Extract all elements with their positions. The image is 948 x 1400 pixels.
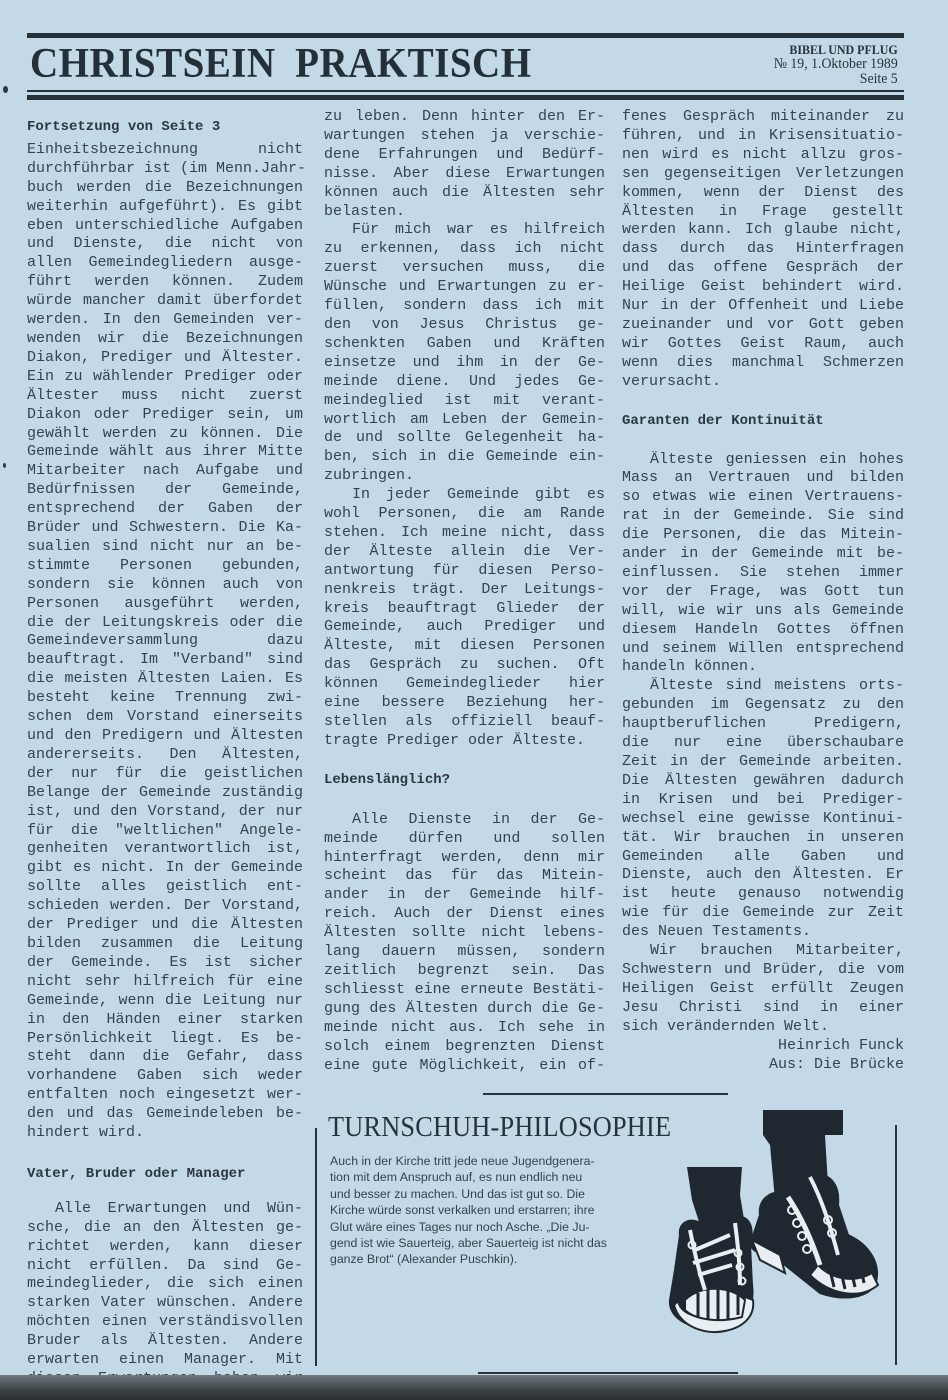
text-line: kreis beauftragt Glieder der bbox=[324, 600, 605, 619]
text-line: die Personen, die das Mitein- bbox=[622, 526, 904, 545]
text-line: rat in der Gemeinde. Sie sind bbox=[622, 507, 904, 526]
text-line: ganze Brot“ (Alexander Puschkin). bbox=[330, 1251, 675, 1267]
text-line: würde mancher damit überfordet bbox=[27, 292, 303, 311]
paragraph-last-line: belasten. bbox=[324, 203, 605, 222]
text-line: der nur für die geistlichen bbox=[27, 765, 303, 784]
text-line: Gemeinde wählt aus ihrer Mitte bbox=[27, 443, 303, 462]
text-line: können auch die Ältesten sehr bbox=[324, 184, 605, 203]
text-line: einflussen. Sie stehen immer bbox=[622, 564, 904, 583]
text-line: allen Gemeindegliedern ausge- bbox=[27, 254, 303, 273]
text-line: gewählt werden zu können. Die bbox=[27, 425, 303, 444]
page-number: Seite 5 bbox=[774, 72, 898, 87]
text-line: Ältesten in Frage gestellt bbox=[622, 203, 904, 222]
masthead-rule-top bbox=[27, 33, 904, 38]
text-line: führen, und in Krisensituatio- bbox=[622, 127, 904, 146]
text-line: vorhandene Gaben sich weder bbox=[27, 1067, 303, 1086]
text-line: ben, sich in die Gemeinde ein- bbox=[324, 448, 605, 467]
text-line: wenden wir die Bezeichnungen bbox=[27, 330, 303, 349]
article-column-3: fenes Gespräch miteinander zuführen, und… bbox=[622, 108, 904, 1074]
text-line: richtet werden, kann dieser bbox=[27, 1238, 303, 1257]
text-line: Nur in der Offenheit und Liebe bbox=[622, 297, 904, 316]
text-line: lang dauern müssen, sondern bbox=[324, 943, 605, 962]
text-line: nicht sehr hilfreich für eine bbox=[27, 973, 303, 992]
text-line: dass durch das Hinterfragen bbox=[622, 240, 904, 259]
publication-name: BIBEL UND PFLUG bbox=[774, 42, 898, 57]
page-bottom-edge bbox=[0, 1375, 948, 1400]
text-line: sondern sie können auch von bbox=[27, 576, 303, 595]
paragraph: Einheitsbezeichnung nichtdurchführbar is… bbox=[27, 141, 303, 1124]
text-line: Älteste sind meistens orts- bbox=[622, 677, 904, 696]
text-line: nicht erfüllen. Da sind Ge- bbox=[27, 1257, 303, 1276]
author-name: Heinrich Funck bbox=[622, 1037, 904, 1056]
text-line: zueinander und vor Gott geben bbox=[622, 316, 904, 335]
text-line: den von Jesus Christus ge- bbox=[324, 316, 605, 335]
text-line: nenkreis trägt. Der Leitungs- bbox=[324, 581, 605, 600]
box-rule-top bbox=[483, 1093, 728, 1095]
text-line: stellen als offiziell beauf- bbox=[324, 713, 605, 732]
sidebar-box-title: TURNSCHUH-PHILOSOPHIE bbox=[328, 1112, 671, 1144]
text-line: Glut wäre eines Tages nur noch Asche. „D… bbox=[330, 1219, 675, 1235]
text-line: Kirche würde sonst verkalken und erstarr… bbox=[330, 1202, 675, 1218]
newsletter-page: CHRISTSEIN PRAKTISCH BIBEL UND PFLUG № 1… bbox=[0, 0, 948, 1375]
section-heading: Lebenslänglich? bbox=[324, 771, 605, 790]
text-line: und den Predigern und Ältesten bbox=[27, 727, 303, 746]
article-column-1: Fortsetzung von Seite 3 Einheitsbezeichn… bbox=[27, 118, 303, 1389]
paragraph-last-line: des Neuen Testaments. bbox=[622, 923, 904, 942]
paragraph-last-line: handeln können. bbox=[622, 658, 904, 677]
issue-date: № 19, 1.Oktober 1989 bbox=[774, 57, 898, 72]
text-line: diesem Handeln Gottes öffnen bbox=[622, 621, 904, 640]
text-line: Die Ältesten gewähren dadurch bbox=[622, 772, 904, 791]
text-line: gibt es nicht. In der Gemeinde bbox=[27, 859, 303, 878]
text-line: Älteste, mit diesen Personen bbox=[324, 637, 605, 656]
text-line: meindeglieder, die sich einen bbox=[27, 1275, 303, 1294]
text-line: Persönlichkeit liegt. Es be- bbox=[27, 1030, 303, 1049]
text-line: Gemeinde, wenn die Leitung nur bbox=[27, 992, 303, 1011]
text-line: den und das Gemeindeleben be- bbox=[27, 1105, 303, 1124]
text-line: schieden werden. Der Vorstand, bbox=[27, 897, 303, 916]
text-line: Dienste, auch den Ältesten. Er bbox=[622, 866, 904, 885]
text-line: wartungen stehen ja verschie- bbox=[324, 127, 605, 146]
text-line: Brüder und Schwestern. Die Ka- bbox=[27, 519, 303, 538]
text-line: In jeder Gemeinde gibt es bbox=[324, 486, 605, 505]
text-line: und besser zu machen. Und das ist gut so… bbox=[330, 1186, 675, 1202]
masthead-title: CHRISTSEIN PRAKTISCH bbox=[30, 40, 532, 88]
text-line: Einheitsbezeichnung nicht bbox=[27, 141, 303, 160]
sidebar-box-text: Auch in der Kirche tritt jede neue Jugen… bbox=[330, 1153, 675, 1268]
text-line: der Prediger und die Ältesten bbox=[27, 916, 303, 935]
text-line: Zeit in der Gemeinde arbeiten. bbox=[622, 753, 904, 772]
text-line: hinterfragt werden, denn mir bbox=[324, 849, 605, 868]
text-line: in Krisen und bei Prediger- bbox=[622, 791, 904, 810]
text-line: sen gegenseitigen Verletzungen bbox=[622, 165, 904, 184]
paragraph: Alle Dienste in der Ge-meinde dürfen und… bbox=[324, 811, 605, 1076]
text-line: Bruder als Ältesten. Andere bbox=[27, 1332, 303, 1351]
text-line: Wünsche und Erwartungen zu er- bbox=[324, 278, 605, 297]
text-line: buch werden die Bezeichnungen bbox=[27, 179, 303, 198]
text-line: sche, die an den Ältesten ge- bbox=[27, 1219, 303, 1238]
text-line: wechsel eine gewisse Kontinui- bbox=[622, 810, 904, 829]
text-line: Mitarbeiter nach Aufgabe und bbox=[27, 462, 303, 481]
text-line: durchführbar ist (im Menn.Jahr- bbox=[27, 160, 303, 179]
paragraph-last-line: zubringen. bbox=[324, 467, 605, 486]
paragraph: Älteste geniessen ein hohesMass an Vertr… bbox=[622, 451, 904, 659]
box-rule-right bbox=[895, 1125, 897, 1365]
text-line: Heiligen Geist erfüllt Zeugen bbox=[622, 980, 904, 999]
text-line: möchten einen verständisvollen bbox=[27, 1313, 303, 1332]
text-line: das Gespräch zu suchen. Oft bbox=[324, 656, 605, 675]
paragraph-last-line: verursacht. bbox=[622, 373, 904, 392]
text-line: der Älteste allein die Ver- bbox=[324, 543, 605, 562]
text-line: die nur eine überschaubare bbox=[622, 734, 904, 753]
text-line: und das offene Gespräch der bbox=[622, 259, 904, 278]
text-line: weiterhin aufgeführt). Es gibt bbox=[27, 198, 303, 217]
text-line: besteht keine Trennung zwi- bbox=[27, 689, 303, 708]
text-line: steht dann die Gefahr, dass bbox=[27, 1048, 303, 1067]
text-line: Gemeinden alle Gaben und bbox=[622, 848, 904, 867]
text-line: und seinem Willen entsprechend bbox=[622, 640, 904, 659]
box-rule-bottom bbox=[478, 1372, 738, 1374]
text-line: schen dem Vorstand einerseits bbox=[27, 708, 303, 727]
text-line: hauptberuflichen Predigern, bbox=[622, 715, 904, 734]
text-line: stehen. Ich meine nicht, dass bbox=[324, 524, 605, 543]
text-line: Ältester muss nicht zuerst bbox=[27, 387, 303, 406]
text-line: für die "weltlichen" Angele- bbox=[27, 822, 303, 841]
text-line: gend ist wie Sauerteig, aber Sauerteig i… bbox=[330, 1235, 675, 1251]
text-line: entfalten noch eingesetzt wer- bbox=[27, 1086, 303, 1105]
text-line: dene Erfahrungen und Bedürf- bbox=[324, 146, 605, 165]
text-line: tät. Wir brauchen in unseren bbox=[622, 829, 904, 848]
text-line: Heilige Geist behindert wird. bbox=[622, 278, 904, 297]
text-line: nisse. Aber diese Erwartungen bbox=[324, 165, 605, 184]
text-line: ander in der Gemeinde mit be- bbox=[622, 545, 904, 564]
text-line: schliesst eine erneute Bestäti- bbox=[324, 981, 605, 1000]
text-line: zeitlich begrenzt sein. Das bbox=[324, 962, 605, 981]
paragraph: Alle Erwartungen und Wün-sche, die an de… bbox=[27, 1200, 303, 1389]
text-line: Mass an Vertrauen und bilden bbox=[622, 469, 904, 488]
text-line: können Gemeindeglieder hier bbox=[324, 675, 605, 694]
text-line: Schwestern und Brüder, die vom bbox=[622, 961, 904, 980]
text-line: genheiten verantwortlich ist, bbox=[27, 840, 303, 859]
text-line: Wir brauchen Mitarbeiter, bbox=[622, 942, 904, 961]
text-line: de und sollte Gelegenheit ha- bbox=[324, 429, 605, 448]
text-line: gebunden im Gegensatz zu den bbox=[622, 696, 904, 715]
text-line: der Gemeinde. Es ist sicher bbox=[27, 954, 303, 973]
text-line: entsprechend der Gaben der bbox=[27, 500, 303, 519]
text-line: wir Gottes Geist Raum, auch bbox=[622, 335, 904, 354]
punch-hole-mark bbox=[3, 86, 8, 93]
section-heading: Vater, Bruder oder Manager bbox=[27, 1165, 303, 1184]
section-heading: Fortsetzung von Seite 3 bbox=[27, 118, 303, 137]
masthead-meta: BIBEL UND PFLUG № 19, 1.Oktober 1989 Sei… bbox=[774, 42, 898, 87]
text-line: Personen ausgeführt werden, bbox=[27, 595, 303, 614]
text-line: in den Händen einer starken bbox=[27, 1011, 303, 1030]
text-line: bilden zusammen die Leitung bbox=[27, 935, 303, 954]
paragraph-last-line: hindert wird. bbox=[27, 1124, 303, 1143]
text-line: Gemeinde, auch Prediger und bbox=[324, 618, 605, 637]
text-line: tion mit dem Anspruch auf, es nun endlic… bbox=[330, 1169, 675, 1185]
text-line: Für mich war es hilfreich bbox=[324, 221, 605, 240]
text-line: meindeglied ist mit verant- bbox=[324, 392, 605, 411]
text-line: so etwas wie einen Vertrauens- bbox=[622, 488, 904, 507]
text-line: kommen, wenn der Dienst des bbox=[622, 184, 904, 203]
text-line: füllen, sondern dass ich mit bbox=[324, 297, 605, 316]
text-line: vor der Frage, was Gott tun bbox=[622, 583, 904, 602]
text-line: zu leben. Denn hinter den Er- bbox=[324, 108, 605, 127]
text-line: erwarten einen Manager. Mit bbox=[27, 1351, 303, 1370]
box-rule-left bbox=[315, 1128, 317, 1366]
paragraph-last-line: tragte Prediger oder Älteste. bbox=[324, 732, 605, 751]
text-line: meinde nicht aus. Ich sehe in bbox=[324, 1019, 605, 1038]
text-line: Auch in der Kirche tritt jede neue Jugen… bbox=[330, 1153, 675, 1169]
text-line: nen wird es nicht allzu gros- bbox=[622, 146, 904, 165]
paragraph: Älteste sind meistens orts-gebunden im G… bbox=[622, 677, 904, 923]
text-line: ist, und den Vorstand, der nur bbox=[27, 803, 303, 822]
text-line: Diakon, Prediger und Ältester. bbox=[27, 349, 303, 368]
text-line: beauftragt. Im "Verband" sind bbox=[27, 651, 303, 670]
text-line: Gemeindeversammlung dazu bbox=[27, 632, 303, 651]
paragraph: In jeder Gemeinde gibt eswohl Personen, … bbox=[324, 486, 605, 732]
text-line: solch einem begrenzten Dienst bbox=[324, 1038, 605, 1057]
text-line: scheint das für das Mitein- bbox=[324, 867, 605, 886]
paragraph: fenes Gespräch miteinander zuführen, und… bbox=[622, 108, 904, 373]
text-line: Ein zu wählender Prediger oder bbox=[27, 368, 303, 387]
text-line: ist heute genauso notwendig bbox=[622, 885, 904, 904]
paragraph: Für mich war es hilfreichzu erkennen, da… bbox=[324, 221, 605, 467]
section-heading: Garanten der Kontinuität bbox=[622, 412, 904, 431]
sneakers-illustration-icon bbox=[660, 1105, 890, 1345]
text-line: wie für die Gemeinde zur Zeit bbox=[622, 904, 904, 923]
text-line: eine bessere Beziehung her- bbox=[324, 694, 605, 713]
source-credit: Aus: Die Brücke bbox=[622, 1056, 904, 1075]
text-line: führt werden können. Zudem bbox=[27, 273, 303, 292]
text-line: fenes Gespräch miteinander zu bbox=[622, 108, 904, 127]
text-line: will, wie wir uns als Gemeinde bbox=[622, 602, 904, 621]
text-line: einsetze und ihm in der Ge- bbox=[324, 354, 605, 373]
masthead-rule-thin bbox=[27, 90, 904, 92]
punch-hole-mark bbox=[3, 463, 6, 468]
text-line: eine gute Möglichkeit, ein of- bbox=[324, 1057, 605, 1076]
text-line: die meisten Ältesten Laien. Es bbox=[27, 670, 303, 689]
text-line: ander in der Gemeinde hilf- bbox=[324, 886, 605, 905]
text-line: wortlich am Leben der Gemein- bbox=[324, 411, 605, 430]
text-line: eben unterschiedliche Aufgaben bbox=[27, 217, 303, 236]
text-line: Älteste geniessen ein hohes bbox=[622, 451, 904, 470]
text-line: schenkten Gaben und Kräften bbox=[324, 335, 605, 354]
article-column-2: zu leben. Denn hinter den Er-wartungen s… bbox=[324, 108, 605, 1075]
text-line: wohl Personen, die am Rande bbox=[324, 505, 605, 524]
text-line: zu erkennen, dass ich nicht bbox=[324, 240, 605, 259]
text-line: starken Vater wünschen. Andere bbox=[27, 1294, 303, 1313]
text-line: die der Leitungskreis oder die bbox=[27, 614, 303, 633]
text-line: sualien sind nicht nur an be- bbox=[27, 538, 303, 557]
text-line: Diakon oder Prediger sein, um bbox=[27, 406, 303, 425]
paragraph-last-line: sich verändernden Welt. bbox=[622, 1018, 904, 1037]
masthead-rule-thick bbox=[27, 95, 904, 100]
text-line: stimmte Personen gebunden, bbox=[27, 557, 303, 576]
text-line: werden kann. Ich glaube nicht, bbox=[622, 221, 904, 240]
text-line: antwortung für diesen Perso- bbox=[324, 562, 605, 581]
text-line: andererseits. Den Ältesten, bbox=[27, 746, 303, 765]
paragraph: Wir brauchen Mitarbeiter,Schwestern und … bbox=[622, 942, 904, 1018]
paragraph: zu leben. Denn hinter den Er-wartungen s… bbox=[324, 108, 605, 203]
text-line: zuerst versuchen muss, die bbox=[324, 259, 605, 278]
text-line: gung des Ältesten durch die Ge- bbox=[324, 1000, 605, 1019]
text-line: Belange der Gemeinde zuständig bbox=[27, 784, 303, 803]
text-line: Alle Dienste in der Ge- bbox=[324, 811, 605, 830]
text-line: Jesu Christi sind in einer bbox=[622, 999, 904, 1018]
text-line: sollte alles geistlich ent- bbox=[27, 878, 303, 897]
text-line: Ältesten sollte nicht lebens- bbox=[324, 924, 605, 943]
text-line: Bedürfnissen der Gemeinde, bbox=[27, 481, 303, 500]
text-line: wenn dies manchmal Schmerzen bbox=[622, 354, 904, 373]
text-line: werden. In den Gemeinden ver- bbox=[27, 311, 303, 330]
text-line: Alle Erwartungen und Wün- bbox=[27, 1200, 303, 1219]
text-line: meinde diene. Und jedes Ge- bbox=[324, 373, 605, 392]
text-line: meinde dürfen und sollen bbox=[324, 830, 605, 849]
text-line: und Dienste, die nicht von bbox=[27, 235, 303, 254]
text-line: reich. Auch der Dienst eines bbox=[324, 905, 605, 924]
